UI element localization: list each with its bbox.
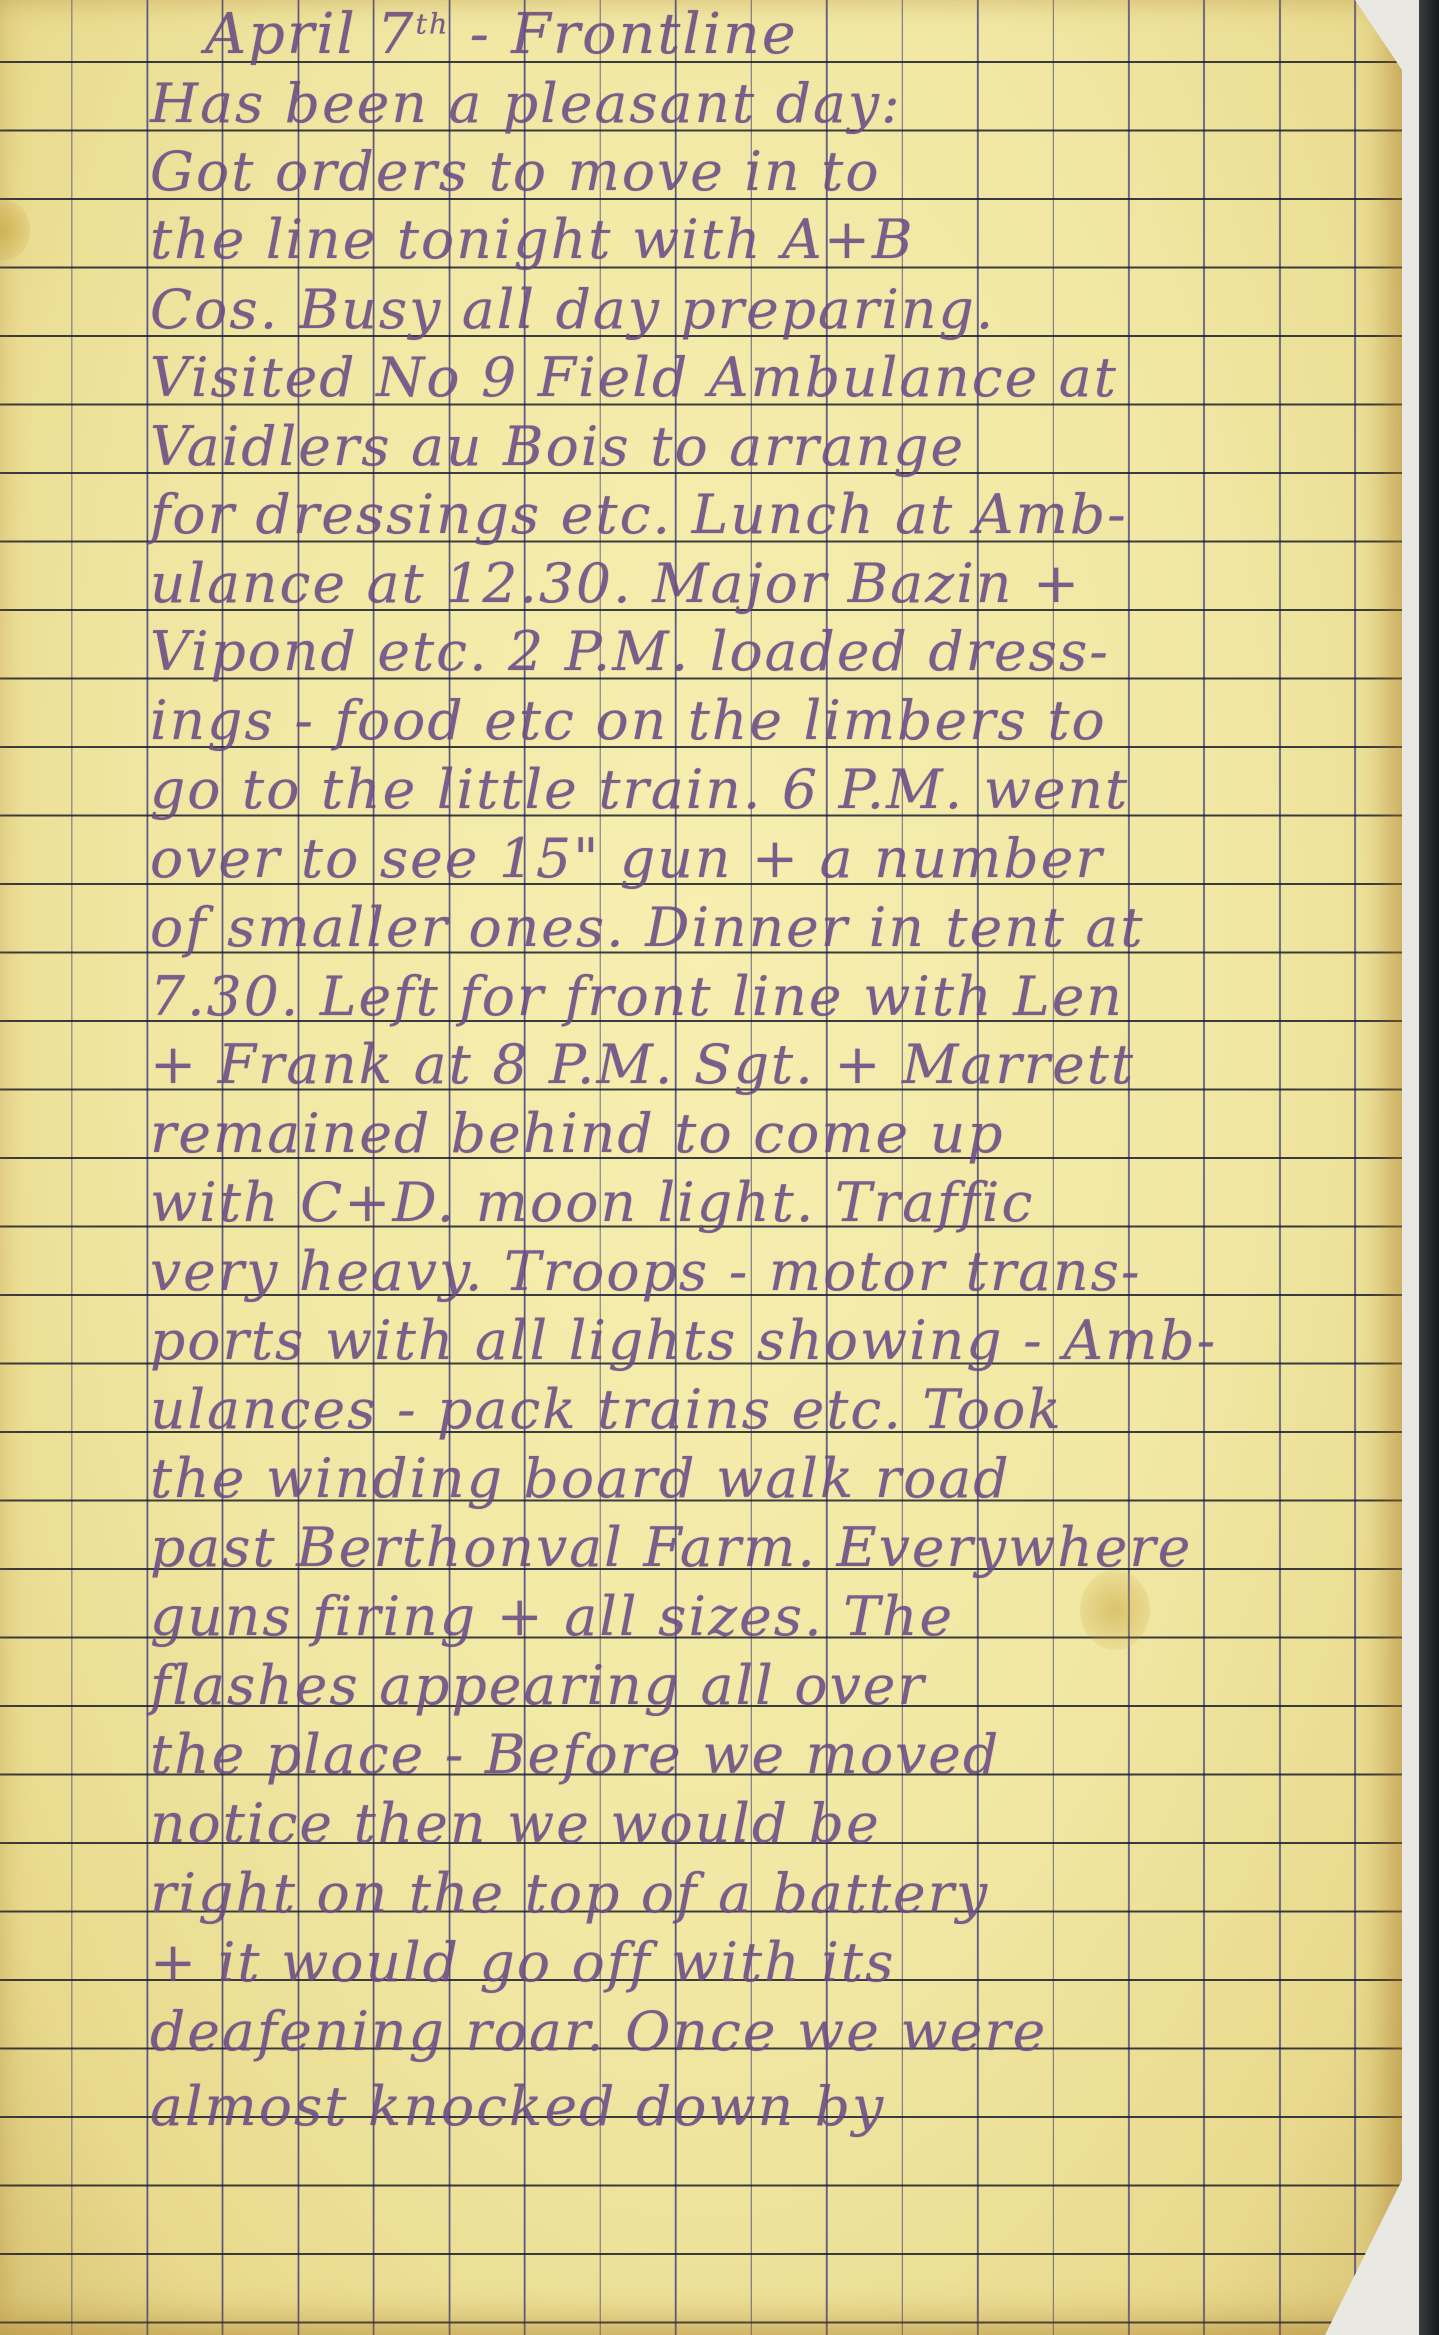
diary-line: almost knocked down by [150, 2075, 1402, 2138]
diary-line: past Berthonval Farm. Everywhere [150, 1516, 1402, 1579]
diary-line: ulances - pack trains etc. Took [150, 1378, 1402, 1441]
diary-line: the line tonight with A+B [150, 208, 1402, 271]
diary-line: + it would go off with its [150, 1931, 1402, 1994]
diary-line: flashes appearing all over [150, 1654, 1402, 1717]
diary-line: go to the little train. 6 P.M. went [150, 758, 1402, 821]
entry-heading: April 7th - Frontline [205, 2, 1402, 67]
diary-line: Vaidlers au Bois to arrange [150, 415, 1402, 478]
diary-line: of smaller ones. Dinner in tent at [150, 896, 1402, 959]
diary-line: over to see 15" gun + a number [150, 827, 1402, 890]
diary-line: remained behind to come up [150, 1102, 1402, 1165]
diary-text: April 7th - Frontline Has been a pleasan… [0, 0, 1402, 2335]
diary-line: Vipond etc. 2 P.M. loaded dress- [150, 620, 1402, 683]
diary-line: guns firing + all sizes. The [150, 1585, 1402, 1648]
diary-line: right on the top of a battery [150, 1862, 1402, 1925]
diary-line: the winding board walk road [150, 1447, 1402, 1510]
diary-line: for dressings etc. Lunch at Amb- [150, 483, 1402, 546]
diary-page: April 7th - Frontline Has been a pleasan… [0, 0, 1402, 2335]
diary-line: very heavy. Troops - motor trans- [150, 1240, 1402, 1303]
heading-ordinal: th [415, 7, 449, 40]
diary-line: Visited No 9 Field Ambulance at [150, 346, 1402, 409]
scanner-frame [1419, 0, 1439, 2335]
diary-line: + Frank at 8 P.M. Sgt. + Marrett [150, 1033, 1402, 1096]
diary-line: Cos. Busy all day preparing. [150, 278, 1402, 341]
diary-line: ulance at 12.30. Major Bazin + [150, 552, 1402, 615]
heading-place: - Frontline [470, 2, 798, 67]
heading-date: April 7 [205, 2, 415, 67]
diary-line: with C+D. moon light. Traffic [150, 1171, 1402, 1234]
diary-line: Got orders to move in to [150, 140, 1402, 203]
diary-line: deafening roar. Once we were [150, 2000, 1402, 2063]
diary-line: 7.30. Left for front line with Len [150, 965, 1402, 1028]
diary-line: Has been a pleasant day: [150, 72, 1402, 135]
diary-line: ports with all lights showing - Amb- [150, 1309, 1402, 1372]
diary-line: ings - food etc on the limbers to [150, 689, 1402, 752]
diary-line: notice then we would be [150, 1792, 1402, 1855]
diary-line: the place - Before we moved [150, 1723, 1402, 1786]
